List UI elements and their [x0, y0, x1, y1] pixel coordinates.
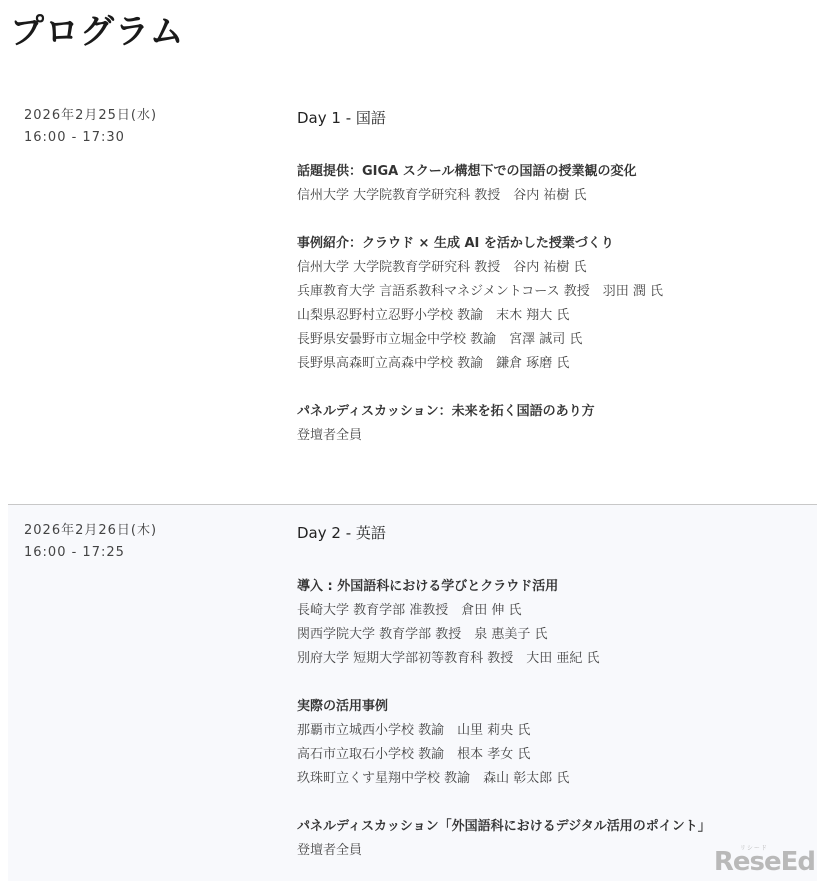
speaker: 長野県高森町立高森中学校 教諭 鎌倉 琢磨 氏 — [297, 352, 663, 376]
session: 話題提供：GIGA スクール構想下での国語の授業観の変化 信州大学 大学院教育学… — [297, 160, 663, 208]
day-2-program: Day 2 - 英語 導入 : 外国語科における学びとクラウド活用 長崎大学 教… — [297, 521, 711, 881]
watermark-ruby: リシード — [740, 843, 768, 852]
session-title: パネルディスカッション「外国語科におけるデジタル活用のポイント」 — [297, 815, 711, 839]
day-2-section: 2026年2月26日(木) 16:00 - 17:25 Day 2 - 英語 導… — [8, 504, 817, 881]
speaker: 信州大学 大学院教育学研究科 教授 谷内 祐樹 氏 — [297, 184, 663, 208]
session: パネルディスカッション「外国語科におけるデジタル活用のポイント」 登壇者全員 — [297, 815, 711, 863]
day-1-program: Day 1 - 国語 話題提供：GIGA スクール構想下での国語の授業観の変化 … — [297, 106, 663, 472]
day-2-time: 16:00 - 17:25 — [24, 542, 157, 564]
day-2-date: 2026年2月26日(木) — [24, 520, 157, 542]
speaker: 別府大学 短期大学部初等教育科 教授 大田 亜紀 氏 — [297, 647, 711, 671]
day-2-title: Day 2 - 英語 — [297, 521, 711, 545]
session-title: 導入 : 外国語科における学びとクラウド活用 — [297, 575, 711, 599]
day-1-date: 2026年2月25日(水) — [24, 105, 157, 127]
day-1-title: Day 1 - 国語 — [297, 106, 663, 130]
speaker: 登壇者全員 — [297, 839, 711, 863]
reseed-watermark-logo: リシード ReseEd — [714, 847, 815, 877]
speaker: 登壇者全員 — [297, 424, 663, 448]
day-2-datetime: 2026年2月26日(木) 16:00 - 17:25 — [24, 520, 157, 564]
speaker: 長崎大学 教育学部 准教授 倉田 伸 氏 — [297, 599, 711, 623]
session-title: パネルディスカッション：未来を拓く国語のあり方 — [297, 400, 663, 424]
session-title: 話題提供：GIGA スクール構想下での国語の授業観の変化 — [297, 160, 663, 184]
session: 事例紹介：クラウド × 生成 AI を活かした授業づくり 信州大学 大学院教育学… — [297, 232, 663, 376]
session: パネルディスカッション：未来を拓く国語のあり方 登壇者全員 — [297, 400, 663, 448]
speaker: 玖珠町立くす星翔中学校 教諭 森山 彰太郎 氏 — [297, 767, 711, 791]
speaker: 関西学院大学 教育学部 教授 泉 惠美子 氏 — [297, 623, 711, 647]
session: 導入 : 外国語科における学びとクラウド活用 長崎大学 教育学部 准教授 倉田 … — [297, 575, 711, 671]
session-title: 事例紹介：クラウド × 生成 AI を活かした授業づくり — [297, 232, 663, 256]
session: 実際の活用事例 那覇市立城西小学校 教諭 山里 莉央 氏 高石市立取石小学校 教… — [297, 695, 711, 791]
speaker: 長野県安曇野市立堀金中学校 教諭 宮澤 誠司 氏 — [297, 328, 663, 352]
day-1-datetime: 2026年2月25日(水) 16:00 - 17:30 — [24, 105, 157, 149]
speaker: 兵庫教育大学 言語系教科マネジメントコース 教授 羽田 潤 氏 — [297, 280, 663, 304]
speaker: 山梨県忍野村立忍野小学校 教諭 末木 翔大 氏 — [297, 304, 663, 328]
speaker: 信州大学 大学院教育学研究科 教授 谷内 祐樹 氏 — [297, 256, 663, 280]
day-1-time: 16:00 - 17:30 — [24, 127, 157, 149]
page-title: プログラム — [10, 4, 185, 53]
session-title: 実際の活用事例 — [297, 695, 711, 719]
day-1-section: 2026年2月25日(水) 16:00 - 17:30 Day 1 - 国語 話… — [8, 90, 817, 504]
speaker: 那覇市立城西小学校 教諭 山里 莉央 氏 — [297, 719, 711, 743]
speaker: 高石市立取石小学校 教諭 根本 孝女 氏 — [297, 743, 711, 767]
